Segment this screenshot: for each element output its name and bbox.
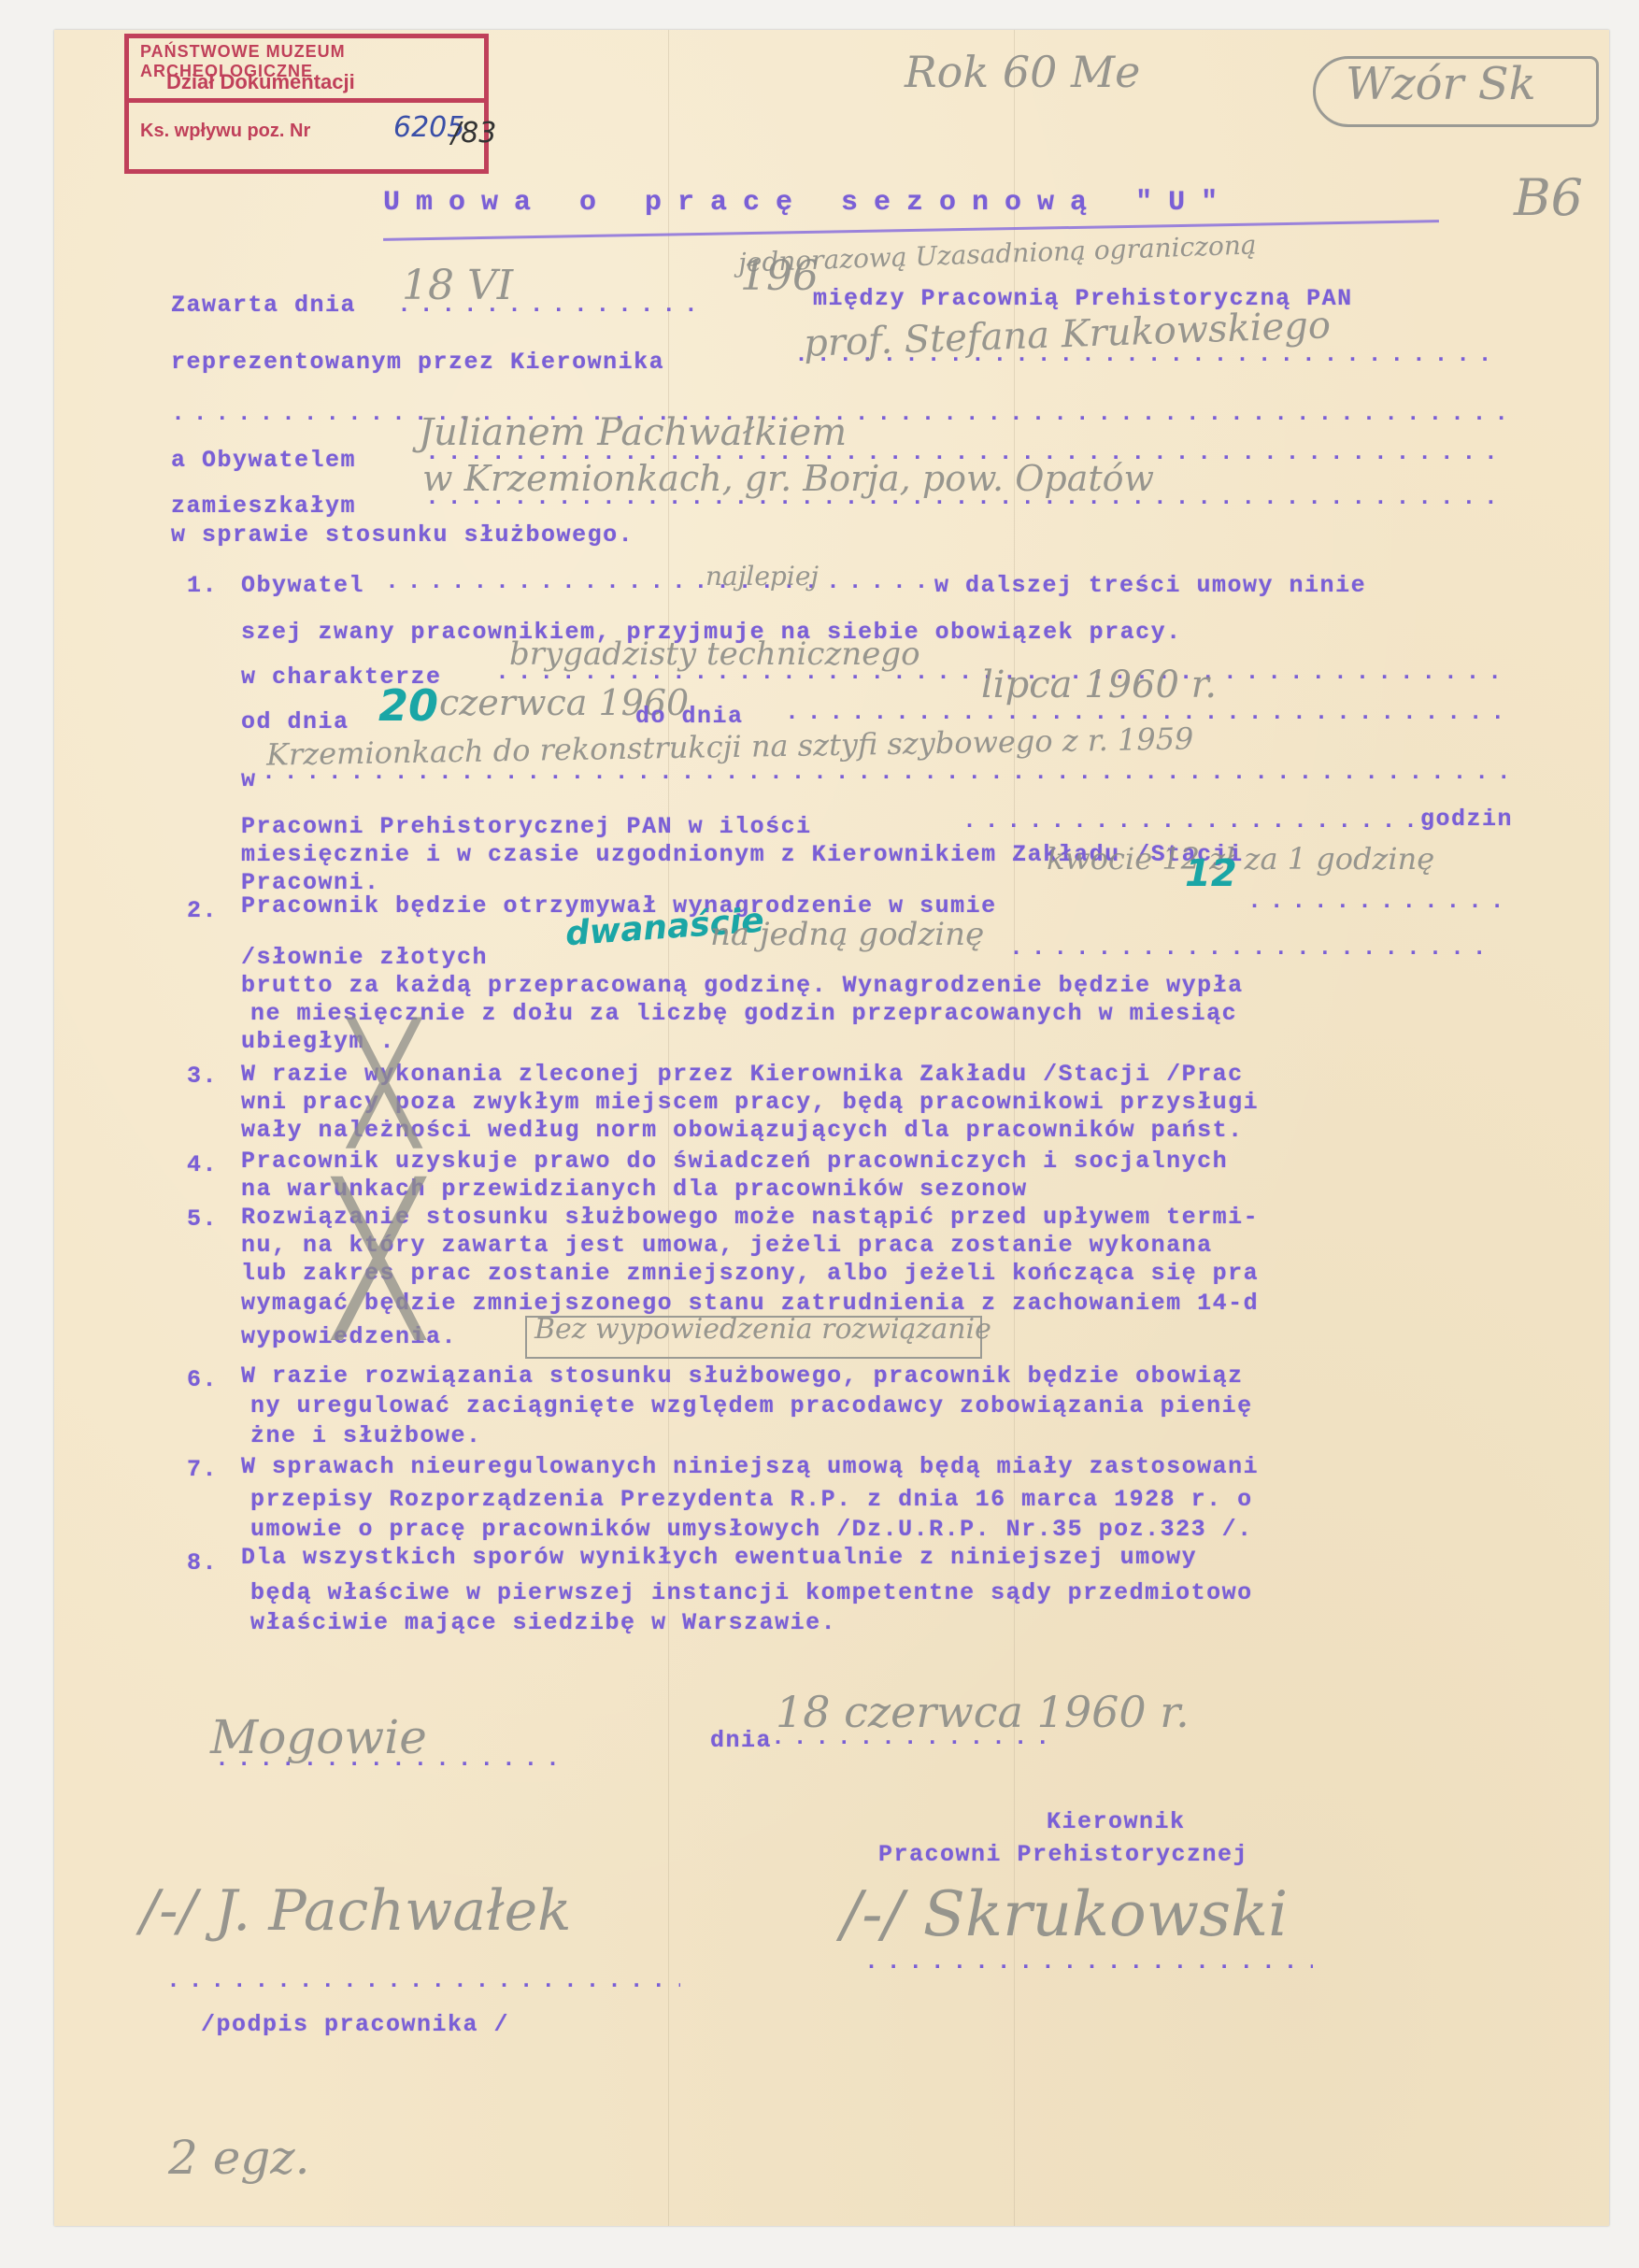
clause-1-line: w [241,766,257,793]
preamble-residence-label: zamieszkałym [171,492,356,520]
clause-6-line: ny uregulować zaciągnięte względem praco… [250,1392,1253,1419]
clause-6-line: żne i służbowe. [250,1422,482,1449]
signing-date-label: dnia [710,1727,772,1754]
clause-number: 7. [187,1456,218,1483]
pencil-employee-name: Julianem Pachwałkiem [419,411,847,454]
director-title-institution: Pracowni Prehistorycznej [878,1841,1248,1868]
clause-1-line: do dnia [635,703,744,730]
clause-8-line: właściwie mające siedzibę w Warszawie. [250,1609,836,1636]
dotted-fill: ................................ [166,1967,680,1994]
clause-number: 6. [187,1366,218,1393]
clause-4-line: Pracownik uzyskuje prawo do świadczeń pr… [241,1148,1228,1175]
clause-8-line: będą właściwe w pierwszej instancji komp… [250,1579,1253,1606]
pencil-reference: Rok 60 Me [905,47,1140,97]
pencil-cross-out-mark: ╳ [336,1177,420,1340]
clause-number: 5. [187,1205,218,1233]
pencil-signing-date: 18 czerwca 1960 r. [776,1687,1190,1737]
clause-number: 8. [187,1549,218,1576]
dotted-fill: .................................. [385,568,927,595]
stamp-register-suffix: /83 [451,117,496,150]
employee-signature-label: /podpis pracownika / [201,2011,509,2038]
stamp-register-label: Ks. wpływu poz. Nr [140,121,310,142]
teal-wage-amount: 12 [1185,852,1237,895]
employee-signature: /-/ J. Pachwałek [140,1878,571,1944]
clause-1-line: Obywatel [241,572,364,599]
preamble-date-label: Zawarta dnia [171,292,356,319]
pencil-insert-note: najlepiej [705,561,819,592]
preamble-subject: w sprawie stosunku służbowego. [171,521,634,549]
pencil-corner-mark: B6 [1514,168,1583,227]
clause-7-line: W sprawach nieuregulowanych niniejszą um… [241,1453,1259,1480]
clause-7-line: umowie o pracę pracowników umysłowych /D… [250,1516,1253,1543]
pencil-wage-note: kwocie 12 zł za 1 godzinę [1047,841,1434,877]
dotted-fill: ............................ [864,1948,1313,1976]
clause-2-line: /słownie złotych [241,944,488,971]
director-title: Kierownik [1047,1808,1186,1835]
pencil-cross-out-mark: ╳ [350,1019,418,1148]
clause-1-line: godzin [1420,806,1513,833]
pencil-termination-note: Bez wypowiedzenia rozwiązanie [534,1313,991,1346]
pencil-wage-words: na jedną godzinę [710,916,984,953]
clause-6-line: W razie rozwiązania stosunku służbowego,… [241,1362,1244,1390]
director-signature: /-/ Skrukowski [841,1878,1288,1950]
clause-number: 1. [187,572,218,599]
clause-1-line: w dalszej treści umowy ninie [934,572,1366,599]
dotted-fill: ............................ [962,807,1420,834]
clause-1-line: Pracowni Prehistorycznej PAN w ilości [241,813,812,840]
clause-2-line: brutto za każdą przepracowaną godzinę. W… [241,972,1244,999]
preamble-citizen-label: a Obywatelem [171,447,356,474]
teal-start-day: 20 [378,680,438,731]
clause-7-line: przepisy Rozporządzenia Prezydenta R.P. … [250,1486,1253,1513]
pencil-end-date: lipca 1960 r. [981,663,1217,706]
pencil-year: 196 [740,252,819,300]
pencil-date: 18 VI [402,262,513,309]
archive-stamp: PAŃSTWOWE MUZEUM ARCHEOLOGICZNE Dział Do… [124,34,489,174]
page-title: Umowa o pracę sezonową "U" [383,187,1233,219]
pencil-job-title: brygadzisty technicznego [509,635,920,673]
stamp-department: Dział Dokumentacji [166,70,355,94]
preamble-representative-label: reprezentowanym przez Kierownika [171,349,664,376]
dotted-fill: .............. [1247,888,1500,915]
clause-number: 2. [187,897,218,924]
stamp-divider [129,98,484,103]
clause-number: 3. [187,1063,218,1090]
clause-number: 4. [187,1151,218,1178]
dotted-fill: ........................... [1009,934,1495,962]
clause-1-line: od dnia [241,708,349,735]
pencil-employee-address: w Krzemionkach, gr. Borja, pow. Opatów [422,458,1154,499]
pencil-template-note: Wzór Sk [1346,58,1536,110]
clause-8-line: Dla wszystkich sporów wynikłych ewentual… [241,1544,1197,1571]
pencil-copies-note: 2 egz. [168,2131,310,2185]
dotted-fill: ....................... [215,1746,570,1773]
